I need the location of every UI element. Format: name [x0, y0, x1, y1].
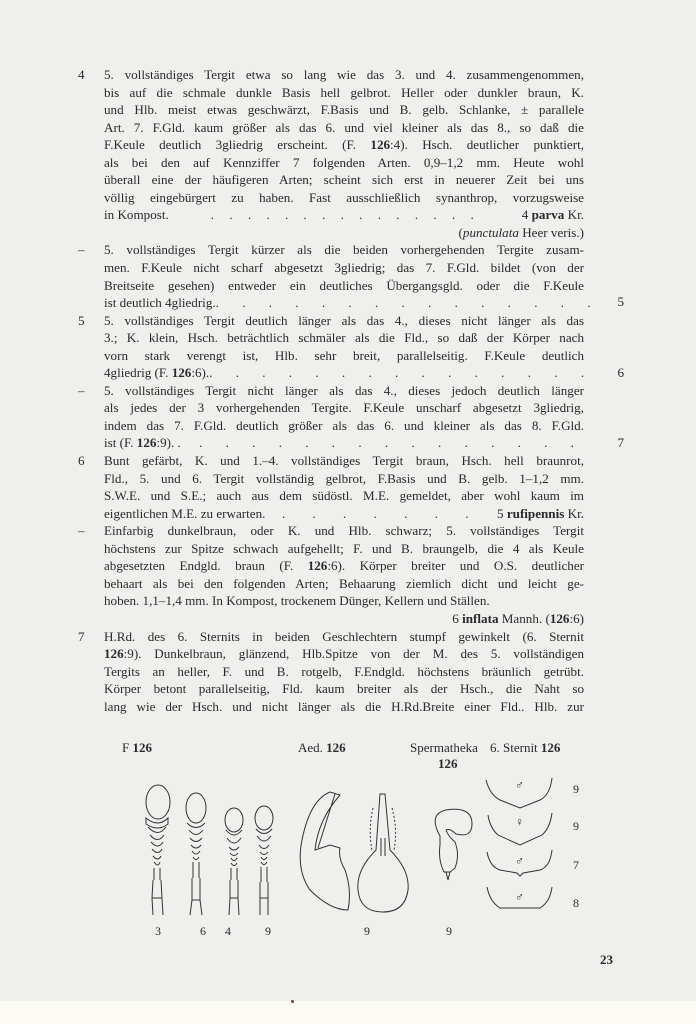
go-to-couplet: 5	[617, 293, 624, 311]
text-line: S.W.E. und S.E.; auch aus dem südöstl. M…	[104, 487, 584, 505]
species-author: Mannh.	[502, 611, 542, 626]
text-line: F.Keule deutlich 3gliedrig erscheint. (F…	[104, 136, 584, 154]
species-number: 5	[497, 506, 504, 521]
text-line: H.Rd. des 6. Sternits in beiden Geschlec…	[104, 628, 584, 646]
text-line: Einfarbig dunkelbraun, oder K. und Hlb. …	[104, 522, 584, 540]
key-couplet-6-alt: – Einfarbig dunkelbraun, oder K. und Hlb…	[74, 522, 634, 627]
text-line: Bunt gefärbt, K. und 1.–4. vollständiges…	[104, 452, 584, 470]
leader-dots: . . . . . . . . . . . . . . .	[209, 364, 594, 382]
text-line: 4gliedrig (F. 126:6). . . . . . . . . . …	[104, 364, 584, 382]
couplet-number: 6	[78, 452, 92, 470]
key-couplet-4: 4 5. vollständiges Tergit etwa so lang w…	[74, 66, 634, 241]
sex-symbol: ♀	[515, 815, 524, 830]
text-line: Körper betont parallelseitig, Fld. kaum …	[104, 680, 584, 698]
specimen-number: 3	[155, 924, 161, 939]
antenna-drawing	[255, 806, 273, 915]
specimen-number: 4	[225, 924, 231, 939]
page-bottom-edge	[0, 1001, 696, 1024]
species-name: rufipennis	[507, 506, 564, 521]
species-author: Kr.	[568, 207, 584, 222]
text-line: in Kompost. . . . . . . . . . . . . . . …	[104, 206, 584, 224]
leader-dots: . . . . . . .	[282, 505, 481, 523]
synonym-line: (punctulata Heer veris.)	[104, 224, 584, 242]
synonym-author: Heer veris.)	[522, 225, 584, 240]
text-line: abgesetzten Endgld. braun (F. 126:6). Kö…	[104, 557, 584, 575]
species-number: 4	[522, 207, 529, 222]
text-line: Art. 7. F.Gld. kaum größer als das 6. un…	[104, 119, 584, 137]
text-line: Fld., 5. und 6. Tergit vollständig gelbr…	[104, 470, 584, 488]
couplet-dash: –	[78, 382, 92, 400]
text-line: überall eine der häufigeren Arten; schei…	[104, 171, 584, 189]
text-line: 126:9). Dunkelbraun, glänzend, Hlb.Spitz…	[104, 645, 584, 663]
species-result: 4 parva Kr.	[522, 206, 584, 224]
text-line: behaart als bei den folgenden Arten; Beh…	[104, 575, 584, 593]
sternite-drawings	[486, 778, 552, 908]
antenna-drawing	[146, 785, 170, 915]
couplet-number: 4	[78, 66, 92, 84]
specimen-number: 9	[364, 924, 370, 939]
specimen-number: 9	[573, 782, 579, 797]
text-line: 5. vollständiges Tergit deutlich länger …	[104, 312, 584, 330]
text-line: 5. vollständiges Tergit kürzer als die b…	[104, 241, 584, 259]
text-line: Tergits an heller, F. und B. rotgelb, F.…	[104, 663, 584, 681]
aedeagus-lateral-drawing	[300, 792, 349, 910]
key-couplet-7: 7 H.Rd. des 6. Sternits in beiden Geschl…	[74, 628, 634, 716]
text-fragment: in Kompost.	[104, 206, 169, 224]
species-result: 5 rufipennis Kr.	[497, 505, 584, 523]
text-fragment: ist deutlich 4gliedrig.	[104, 294, 216, 312]
text-fragment: F.Keule deutlich 3gliedrig erscheint. (F…	[104, 137, 584, 152]
specimen-number: 9	[573, 819, 579, 834]
text-line: eigentlichen M.E. zu erwarten. . . . . .…	[104, 505, 584, 523]
text-fragment: 4gliedrig (F. 126:6).	[104, 364, 209, 382]
specimen-number: 6	[200, 924, 206, 939]
page-number: 23	[600, 952, 613, 968]
key-couplet-5-alt: – 5. vollständiges Tergit nicht länger a…	[74, 382, 634, 452]
sex-symbol: ♂	[515, 778, 524, 793]
text-fragment: 126:9). Dunkelbraun, glänzend, Hlb.Spitz…	[104, 646, 584, 661]
specimen-number: 8	[573, 896, 579, 911]
text-line: indem das 7. F.Gld. deutlich größer als …	[104, 417, 584, 435]
text-fragment: ist (F. 126:9). .	[104, 434, 181, 452]
species-author: Kr.	[568, 506, 584, 521]
key-couplet-4-alt: – 5. vollständiges Tergit kürzer als die…	[74, 241, 634, 311]
leader-dots: . . . . . . . . . . . . . . .	[216, 294, 601, 312]
text-line: ist deutlich 4gliedrig. . . . . . . . . …	[104, 294, 584, 312]
figure-ref: (126:6)	[545, 611, 584, 626]
text-line: als jedes der 3 vorhergehenden Tergite. …	[104, 399, 584, 417]
synonym-name: punctulata	[463, 225, 519, 240]
couplet-number: 5	[78, 312, 92, 330]
figure-plate: F 126 Aed. 126 Spermatheka 126 6. Sterni…	[0, 730, 696, 970]
antenna-drawing	[225, 808, 243, 915]
text-line: 5. vollständiges Tergit nicht länger als…	[104, 382, 584, 400]
go-to-couplet: 6	[617, 364, 624, 382]
species-name: inflata	[462, 611, 498, 626]
couplet-number: 7	[78, 628, 92, 646]
sex-symbol: ♂	[515, 854, 524, 869]
text-line: bis auf die schmale dunkle Basis hell ge…	[104, 84, 584, 102]
key-couplet-6: 6 Bunt gefärbt, K. und 1.–4. vollständig…	[74, 452, 634, 522]
leader-dots: . . . . . . . . . . . . . . .	[211, 206, 480, 224]
spermatheca-drawing	[435, 809, 472, 880]
text-fragment: abgesetzten Endgld. braun (F. 126:6). Kö…	[104, 558, 584, 573]
text-line: 5. vollständiges Tergit etwa so lang wie…	[104, 66, 584, 84]
text-line: Breitseite gesehen) entweder ein deutlic…	[104, 277, 584, 295]
text-line: höchstens zur Spitze schwach aufgehellt;…	[104, 540, 584, 558]
key-couplet-5: 5 5. vollständiges Tergit deutlich länge…	[74, 312, 634, 382]
species-result: 6 inflata Mannh. (126:6)	[104, 610, 584, 628]
specimen-number: 9	[446, 924, 452, 939]
text-fragment: eigentlichen M.E. zu erwarten.	[104, 505, 265, 523]
text-line: lang wie der Hsch. und nicht länger als …	[104, 698, 584, 716]
leader-dots: . . . . . . . . . . . . . . .	[199, 434, 584, 452]
text-line: vorn stark verengt ist, Hlb. sehr breit,…	[104, 347, 584, 365]
text-line: als bei den auf Kennziffer 7 folgenden A…	[104, 154, 584, 172]
aedeagus-ventral-drawing	[358, 794, 408, 912]
text-line: und Hlb. meist etwas geschwärzt, F.Basis…	[104, 101, 584, 119]
identification-key: 4 5. vollständiges Tergit etwa so lang w…	[74, 66, 634, 715]
go-to-couplet: 7	[617, 434, 624, 452]
text-line: hoben. 1,1–1,4 mm. In Kompost, trockenem…	[104, 592, 584, 610]
couplet-dash: –	[78, 241, 92, 259]
text-line: völlig eingebürgert zu haben. Fast aussc…	[104, 189, 584, 207]
text-line: ist (F. 126:9). . . . . . . . . . . . . …	[104, 434, 584, 452]
species-name: parva	[532, 207, 565, 222]
antenna-drawing	[186, 793, 206, 915]
text-line: 3.; K. klein, Hsch. beträchtlich schmäle…	[104, 329, 584, 347]
species-number: 6	[452, 611, 459, 626]
specimen-number: 7	[573, 858, 579, 873]
couplet-dash: –	[78, 522, 92, 540]
specimen-number: 9	[265, 924, 271, 939]
text-line: men. F.Keule nicht scharf abgesetzt 3gli…	[104, 259, 584, 277]
morphology-drawings	[0, 730, 696, 970]
sex-symbol: ♂	[515, 890, 524, 905]
print-mark	[291, 1000, 294, 1003]
